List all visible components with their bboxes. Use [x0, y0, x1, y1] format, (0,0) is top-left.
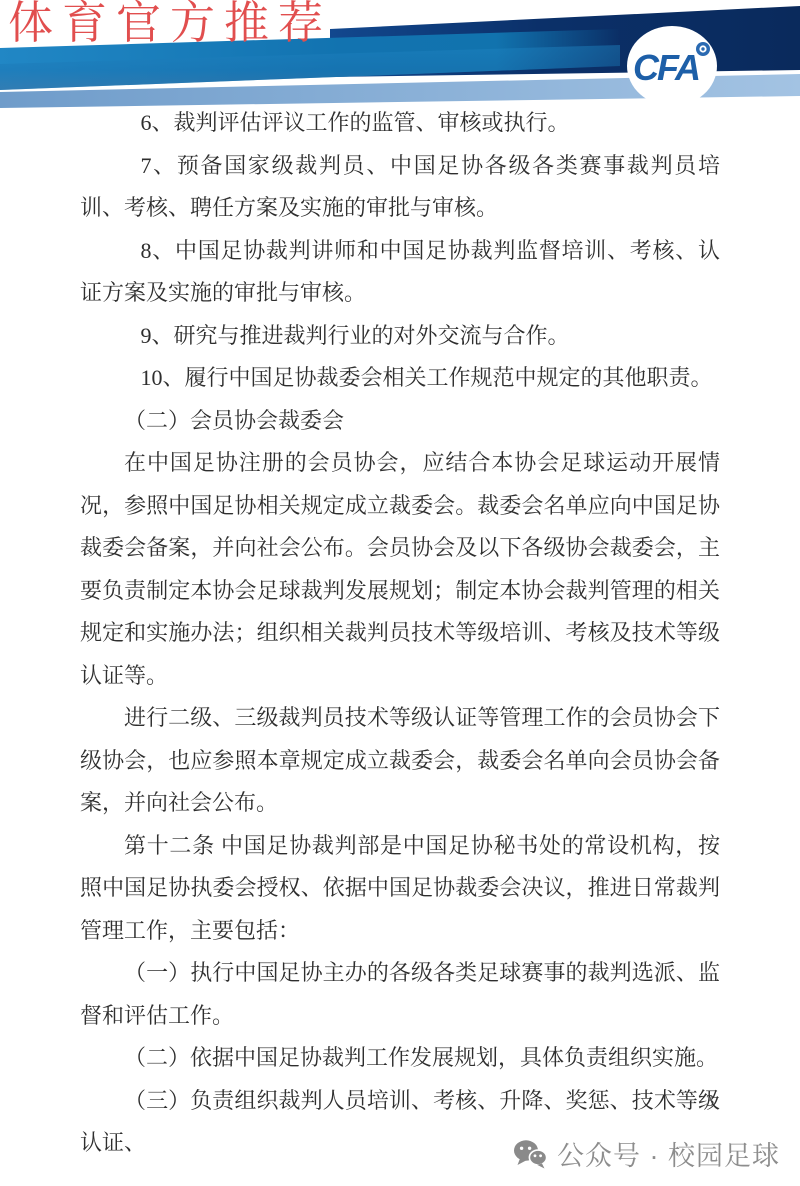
watermark-text: 体育官方推荐: [8, 0, 332, 50]
paragraph: 9、研究与推进裁判行业的对外交流与合作。: [80, 315, 720, 358]
paragraph: 10、履行中国足协裁委会相关工作规范中规定的其他职责。: [80, 357, 720, 400]
footer-wechat-badge: 公众号 · 校园足球: [513, 1134, 780, 1173]
paragraph: （一）执行中国足协主办的各级各类足球赛事的裁判选派、监督和评估工作。: [80, 952, 720, 1037]
paragraph: 6、裁判评估评议工作的监管、审核或执行。: [80, 102, 720, 145]
page-number: 3: [698, 1091, 722, 1111]
paragraph: 7、预备国家级裁判员、中国足协各级各类赛事裁判员培训、考核、聘任方案及实施的审批…: [80, 145, 720, 230]
registered-mark-icon: [696, 42, 710, 56]
footer-wechat-label: 公众号 · 校园足球: [557, 1134, 780, 1173]
document-text: 6、裁判评估评议工作的监管、审核或执行。 7、预备国家级裁判员、中国足协各级各类…: [80, 102, 720, 1165]
paragraph: 进行二级、三级裁判员技术等级认证等管理工作的会员协会下级协会，也应参照本章规定成…: [80, 697, 720, 825]
paragraph: （二）会员协会裁委会: [80, 400, 720, 443]
paragraph: （二）依据中国足协裁判工作发展规划，具体负责组织实施。: [80, 1037, 720, 1080]
paragraph: 8、中国足协裁判讲师和中国足协裁判监督培训、考核、认证方案及实施的审批与审核。: [80, 230, 720, 315]
paragraph: 在中国足协注册的会员协会，应结合本协会足球运动开展情况，参照中国足协相关规定成立…: [80, 442, 720, 697]
cfa-logo-text: CFA: [633, 47, 699, 88]
paragraph: 第十二条 中国足协裁判部是中国足协秘书处的常设机构，按照中国足协执委会授权、依据…: [80, 825, 720, 953]
wechat-icon: [513, 1139, 547, 1169]
document-page: CFA 体育官方推荐 6、裁判评估评议工作的监管、审核或执行。 7、预备国家级裁…: [0, 0, 800, 1186]
